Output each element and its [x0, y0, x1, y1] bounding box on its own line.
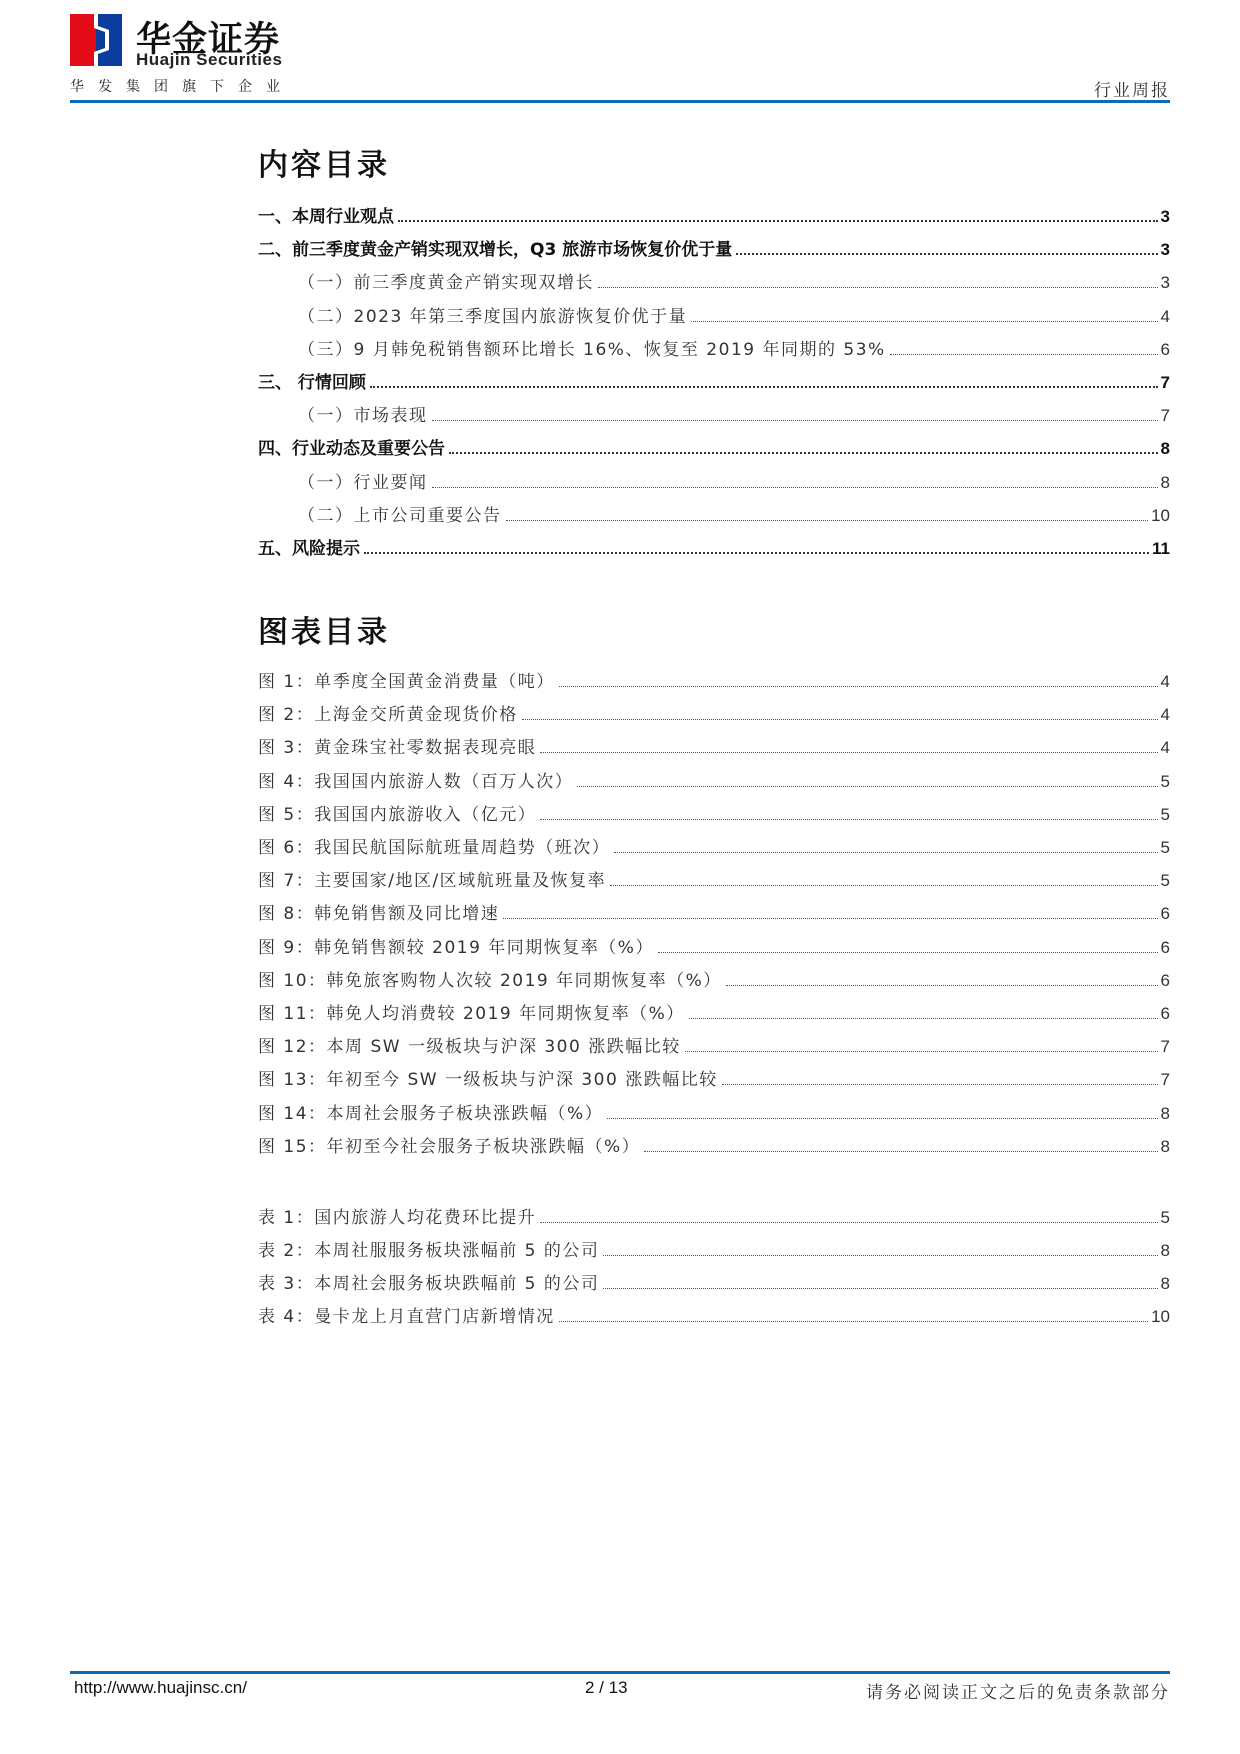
- figure-entry[interactable]: 图 9：韩免销售额较 2019 年同期恢复率（%）6: [258, 933, 1170, 966]
- table-entry-page: 8: [1161, 1274, 1170, 1294]
- toc-entry-label: 五、风险提示: [258, 534, 360, 559]
- figure-entry[interactable]: 图 2：上海金交所黄金现货价格4: [258, 700, 1170, 733]
- group-affiliation: 华发集团旗下企业: [70, 76, 294, 96]
- dot-leader: [503, 918, 1157, 919]
- dot-leader: [722, 1084, 1158, 1085]
- toc-entry[interactable]: （一）前三季度黄金产销实现双增长3: [258, 268, 1170, 301]
- dot-leader: [559, 686, 1158, 687]
- figure-entry-label: 图 15：年初至今社会服务子板块涨跌幅（%）: [258, 1132, 640, 1157]
- figure-entry[interactable]: 图 7：主要国家/地区/区域航班量及恢复率5: [258, 866, 1170, 899]
- dot-leader: [691, 321, 1157, 322]
- dot-leader: [398, 220, 1158, 222]
- toc-entry-label: 二、前三季度黄金产销实现双增长，Q3 旅游市场恢复价优于量: [258, 235, 732, 260]
- toc-entry-page: 11: [1152, 539, 1170, 559]
- figure-entry-page: 6: [1161, 1004, 1170, 1024]
- figure-entry-page: 8: [1161, 1137, 1170, 1157]
- figure-entry-page: 5: [1161, 838, 1170, 858]
- table-entry[interactable]: 表 4：曼卡龙上月直营门店新增情况10: [258, 1302, 1170, 1335]
- figure-entry[interactable]: 图 1：单季度全国黄金消费量（吨）4: [258, 667, 1170, 700]
- toc-entry[interactable]: 三、 行情回顾7: [258, 368, 1170, 401]
- figure-entry[interactable]: 图 11：韩免人均消费较 2019 年同期恢复率（%）6: [258, 999, 1170, 1032]
- dot-leader: [540, 1222, 1157, 1223]
- toc-entry-page: 3: [1161, 273, 1170, 293]
- toc-entry-label: （一）前三季度黄金产销实现双增长: [298, 268, 594, 293]
- figure-entry-page: 5: [1161, 772, 1170, 792]
- figure-entry[interactable]: 图 12：本周 SW 一级板块与沪深 300 涨跌幅比较7: [258, 1032, 1170, 1065]
- dot-leader: [890, 354, 1158, 355]
- toc-entry-page: 3: [1161, 240, 1170, 260]
- toc-entry-page: 6: [1161, 340, 1170, 360]
- toc-entry-page: 3: [1161, 207, 1170, 227]
- header-divider: [70, 100, 1170, 103]
- dot-leader: [603, 1255, 1157, 1256]
- page-content: 内容目录 一、本周行业观点3 二、前三季度黄金产销实现双增长，Q3 旅游市场恢复…: [258, 140, 1170, 1336]
- figure-entry-page: 4: [1161, 738, 1170, 758]
- dot-leader: [610, 885, 1157, 886]
- figure-list: 图 1：单季度全国黄金消费量（吨）4 图 2：上海金交所黄金现货价格4 图 3：…: [258, 667, 1170, 1165]
- dot-leader: [644, 1151, 1157, 1152]
- figure-entry-label: 图 10：韩免旅客购物人次较 2019 年同期恢复率（%）: [258, 966, 722, 991]
- figure-entry-page: 4: [1161, 672, 1170, 692]
- figure-entry-label: 图 12：本周 SW 一级板块与沪深 300 涨跌幅比较: [258, 1032, 681, 1057]
- figure-entry-page: 6: [1161, 938, 1170, 958]
- dot-leader: [577, 786, 1157, 787]
- toc-entry[interactable]: （二）上市公司重要公告10: [258, 501, 1170, 534]
- figure-entry-label: 图 11：韩免人均消费较 2019 年同期恢复率（%）: [258, 999, 685, 1024]
- figure-entry[interactable]: 图 15：年初至今社会服务子板块涨跌幅（%）8: [258, 1132, 1170, 1165]
- toc-entry-label: 四、行业动态及重要公告: [258, 434, 445, 459]
- dot-leader: [559, 1321, 1148, 1322]
- figure-entry[interactable]: 图 5：我国国内旅游收入（亿元）5: [258, 800, 1170, 833]
- figure-entry-label: 图 14：本周社会服务子板块涨跌幅（%）: [258, 1099, 603, 1124]
- table-entry-label: 表 3：本周社会服务板块跌幅前 5 的公司: [258, 1269, 599, 1294]
- figure-entry-page: 5: [1161, 871, 1170, 891]
- toc-entry-label: （二）2023 年第三季度国内旅游恢复价优于量: [298, 302, 687, 327]
- dot-leader: [449, 452, 1158, 454]
- dot-leader: [432, 420, 1158, 421]
- dot-leader: [614, 852, 1157, 853]
- toc-entry-label: （三）9 月韩免税销售额环比增长 16%、恢复至 2019 年同期的 53%: [298, 335, 886, 360]
- figure-list-title: 图表目录: [258, 607, 1170, 653]
- toc-entry-page: 7: [1161, 373, 1170, 393]
- toc-entry-page: 7: [1161, 406, 1170, 426]
- toc-title: 内容目录: [258, 140, 1170, 186]
- figure-entry-label: 图 9：韩免销售额较 2019 年同期恢复率（%）: [258, 933, 654, 958]
- toc-entry-page: 10: [1151, 506, 1170, 526]
- huajin-logo-icon: [70, 14, 122, 66]
- table-entry-label: 表 2：本周社服服务板块涨幅前 5 的公司: [258, 1236, 599, 1261]
- table-list: 表 1：国内旅游人均花费环比提升5 表 2：本周社服服务板块涨幅前 5 的公司8…: [258, 1203, 1170, 1336]
- dot-leader: [607, 1118, 1157, 1119]
- report-type-label: 行业周报: [1094, 76, 1170, 101]
- dot-leader: [522, 719, 1158, 720]
- toc-entry-label: （一）市场表现: [298, 401, 428, 426]
- toc-entry-page: 8: [1161, 473, 1170, 493]
- figure-entry-page: 7: [1161, 1070, 1170, 1090]
- figure-entry-page: 4: [1161, 705, 1170, 725]
- toc-entry[interactable]: （三）9 月韩免税销售额环比增长 16%、恢复至 2019 年同期的 53%6: [258, 335, 1170, 368]
- table-entry[interactable]: 表 1：国内旅游人均花费环比提升5: [258, 1203, 1170, 1236]
- toc-entry[interactable]: （一）行业要闻8: [258, 468, 1170, 501]
- figure-entry-page: 5: [1161, 805, 1170, 825]
- toc-entry-page: 4: [1161, 307, 1170, 327]
- figure-entry[interactable]: 图 3：黄金珠宝社零数据表现亮眼4: [258, 733, 1170, 766]
- table-entry[interactable]: 表 2：本周社服服务板块涨幅前 5 的公司8: [258, 1236, 1170, 1269]
- figure-entry-label: 图 7：主要国家/地区/区域航班量及恢复率: [258, 866, 606, 891]
- figure-entry[interactable]: 图 10：韩免旅客购物人次较 2019 年同期恢复率（%）6: [258, 966, 1170, 999]
- dot-leader: [370, 386, 1158, 388]
- figure-entry[interactable]: 图 8：韩免销售额及同比增速6: [258, 899, 1170, 932]
- dot-leader: [658, 952, 1158, 953]
- dot-leader: [726, 985, 1158, 986]
- page-indicator: 2 / 13: [585, 1678, 628, 1698]
- table-entry-page: 8: [1161, 1241, 1170, 1261]
- toc-entry[interactable]: （一）市场表现7: [258, 401, 1170, 434]
- toc-entry-page: 8: [1161, 439, 1170, 459]
- figure-entry-label: 图 13：年初至今 SW 一级板块与沪深 300 涨跌幅比较: [258, 1065, 718, 1090]
- figure-entry-label: 图 2：上海金交所黄金现货价格: [258, 700, 518, 725]
- figure-entry-label: 图 5：我国国内旅游收入（亿元）: [258, 800, 536, 825]
- dot-leader: [685, 1051, 1158, 1052]
- table-entry-page: 5: [1161, 1208, 1170, 1228]
- toc-entry[interactable]: （二）2023 年第三季度国内旅游恢复价优于量4: [258, 302, 1170, 335]
- table-of-contents: 一、本周行业观点3 二、前三季度黄金产销实现双增长，Q3 旅游市场恢复价优于量3…: [258, 202, 1170, 567]
- figure-entry[interactable]: 图 13：年初至今 SW 一级板块与沪深 300 涨跌幅比较7: [258, 1065, 1170, 1098]
- page-header: 华金证券 Huajin Securities 华发集团旗下企业 行业周报: [70, 10, 1170, 102]
- toc-entry-label: （一）行业要闻: [298, 468, 428, 493]
- footer-divider: [70, 1671, 1170, 1674]
- website-link[interactable]: http://www.huajinsc.cn/: [74, 1678, 247, 1698]
- dot-leader: [689, 1018, 1158, 1019]
- dot-leader: [540, 819, 1157, 820]
- figure-entry-page: 6: [1161, 904, 1170, 924]
- toc-entry[interactable]: 一、本周行业观点3: [258, 202, 1170, 235]
- table-entry-page: 10: [1151, 1307, 1170, 1327]
- figure-entry-page: 7: [1161, 1037, 1170, 1057]
- toc-entry-label: 三、 行情回顾: [258, 368, 366, 393]
- dot-leader: [598, 287, 1158, 288]
- dot-leader: [364, 552, 1149, 554]
- toc-entry[interactable]: 二、前三季度黄金产销实现双增长，Q3 旅游市场恢复价优于量3: [258, 235, 1170, 268]
- table-entry[interactable]: 表 3：本周社会服务板块跌幅前 5 的公司8: [258, 1269, 1170, 1302]
- figure-entry-label: 图 6：我国民航国际航班量周趋势（班次）: [258, 833, 610, 858]
- table-entry-label: 表 1：国内旅游人均花费环比提升: [258, 1203, 536, 1228]
- dot-leader: [506, 520, 1149, 521]
- dot-leader: [432, 487, 1158, 488]
- figure-entry-label: 图 4：我国国内旅游人数（百万人次）: [258, 767, 573, 792]
- toc-entry-label: 一、本周行业观点: [258, 202, 394, 227]
- dot-leader: [540, 752, 1157, 753]
- figure-entry-label: 图 1：单季度全国黄金消费量（吨）: [258, 667, 555, 692]
- figure-entry-label: 图 3：黄金珠宝社零数据表现亮眼: [258, 733, 536, 758]
- toc-entry[interactable]: 五、风险提示11: [258, 534, 1170, 567]
- figure-entry[interactable]: 图 4：我国国内旅游人数（百万人次）5: [258, 767, 1170, 800]
- disclaimer-note: 请务必阅读正文之后的免责条款部分: [866, 1678, 1170, 1703]
- dot-leader: [736, 253, 1157, 255]
- figure-entry[interactable]: 图 14：本周社会服务子板块涨跌幅（%）8: [258, 1099, 1170, 1132]
- table-entry-label: 表 4：曼卡龙上月直营门店新增情况: [258, 1302, 555, 1327]
- figure-entry[interactable]: 图 6：我国民航国际航班量周趋势（班次）5: [258, 833, 1170, 866]
- toc-entry[interactable]: 四、行业动态及重要公告8: [258, 434, 1170, 467]
- figure-entry-label: 图 8：韩免销售额及同比增速: [258, 899, 499, 924]
- figure-entry-page: 6: [1161, 971, 1170, 991]
- toc-entry-label: （二）上市公司重要公告: [298, 501, 502, 526]
- dot-leader: [603, 1288, 1157, 1289]
- logo-english-name: Huajin Securities: [136, 50, 282, 70]
- figure-entry-page: 8: [1161, 1104, 1170, 1124]
